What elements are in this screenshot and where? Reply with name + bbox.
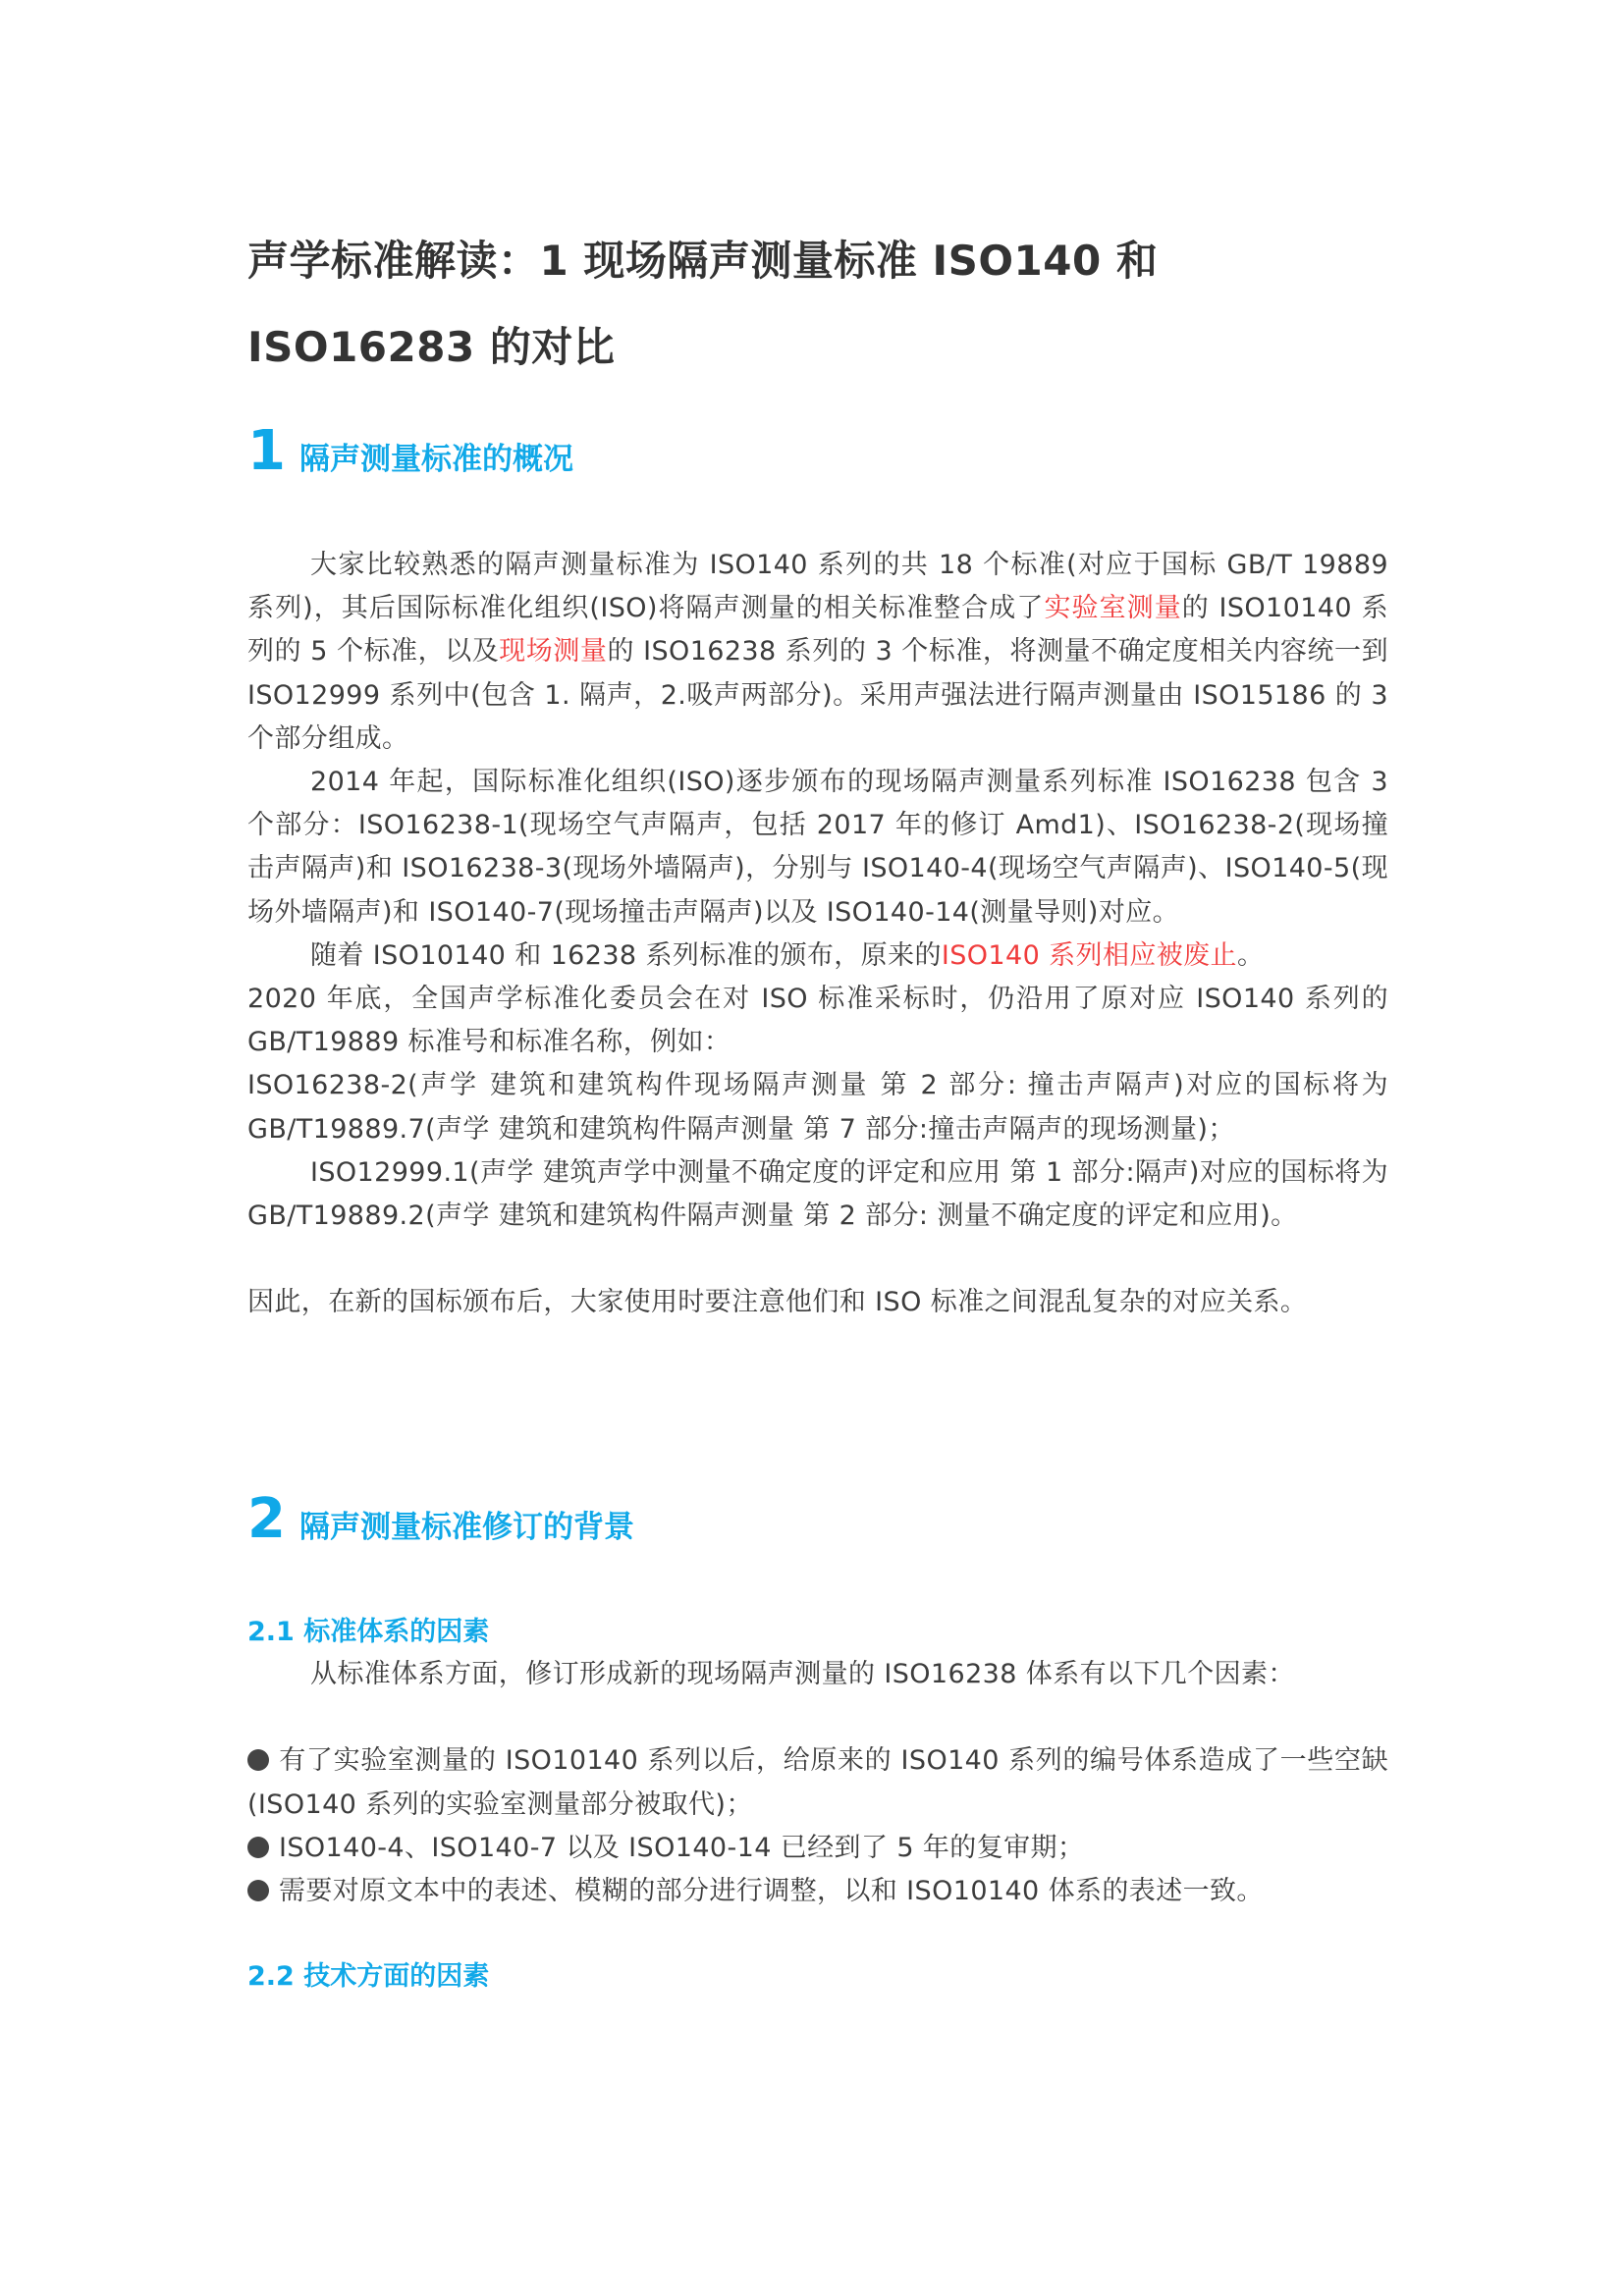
bullet-icon	[247, 1837, 269, 1858]
subsection-2-1-heading: 2.1 标准体系的因素	[247, 1613, 489, 1652]
paragraph: ISO12999.1(声学 建筑声学中测量不确定度的评定和应用 第 1 部分:隔…	[247, 1151, 1388, 1238]
title-line-2: ISO16283 的对比	[247, 323, 615, 371]
bullet-item: 需要对原文本中的表述、模糊的部分进行调整，以和 ISO10140 体系的表述一致…	[247, 1870, 1388, 1913]
section-2-heading: 2 隔声测量标准修订的背景	[247, 1490, 634, 1549]
text-run: 。	[1237, 940, 1264, 971]
bullet-icon	[247, 1880, 269, 1901]
paragraph: 大家比较熟悉的隔声测量标准为 ISO140 系列的共 18 个标准(对应于国标 …	[247, 544, 1388, 761]
blank-line	[247, 1696, 1388, 1739]
subsection-2-1-body: 从标准体系方面，修订形成新的现场隔声测量的 ISO16238 体系有以下几个因素…	[247, 1653, 1388, 1913]
highlight-lab-measurement: 实验室测量	[1044, 593, 1181, 623]
bullet-icon	[247, 1749, 269, 1771]
section-title: 隔声测量标准修订的背景	[299, 1508, 634, 1547]
section-1-body: 大家比较熟悉的隔声测量标准为 ISO140 系列的共 18 个标准(对应于国标 …	[247, 544, 1388, 1325]
section-1-heading: 1 隔声测量标准的概况	[247, 422, 573, 481]
bullet-item: ISO140-4、ISO140-7 以及 ISO140-14 已经到了 5 年的…	[247, 1827, 1388, 1870]
section-title: 隔声测量标准的概况	[299, 440, 573, 479]
title-line-1: 声学标准解读：1 现场隔声测量标准 ISO140 和	[247, 237, 1158, 285]
paragraph: 随着 ISO10140 和 16238 系列标准的颁布，原来的ISO140 系列…	[247, 934, 1388, 978]
bullet-text: ISO140-4、ISO140-7 以及 ISO140-14 已经到了 5 年的…	[279, 1833, 1084, 1863]
paragraph: 从标准体系方面，修订形成新的现场隔声测量的 ISO16238 体系有以下几个因素…	[247, 1653, 1388, 1696]
blank-line	[247, 1238, 1388, 1281]
highlight-field-measurement: 现场测量	[499, 636, 607, 667]
section-number: 1	[247, 422, 286, 481]
bullet-item: 有了实验室测量的 ISO10140 系列以后，给原来的 ISO140 系列的编号…	[247, 1739, 1388, 1826]
bullet-text: 需要对原文本中的表述、模糊的部分进行调整，以和 ISO10140 体系的表述一致…	[279, 1876, 1264, 1906]
section-number: 2	[247, 1490, 286, 1549]
document-title: 声学标准解读：1 现场隔声测量标准 ISO140 和 ISO16283 的对比	[247, 218, 1388, 391]
paragraph: 2014 年起，国际标准化组织(ISO)逐步颁布的现场隔声测量系列标准 ISO1…	[247, 761, 1388, 934]
text-run: 随着 ISO10140 和 16238 系列标准的颁布，原来的	[310, 940, 942, 971]
subsection-2-2-heading: 2.2 技术方面的因素	[247, 1957, 489, 1997]
paragraph: ISO16238-2(声学 建筑和建筑构件现场隔声测量 第 2 部分: 撞击声隔…	[247, 1064, 1388, 1150]
paragraph: 2020 年底，全国声学标准化委员会在对 ISO 标准采标时，仍沿用了原对应 I…	[247, 978, 1388, 1064]
paragraph: 因此，在新的国标颁布后，大家使用时要注意他们和 ISO 标准之间混乱复杂的对应关…	[247, 1281, 1388, 1324]
highlight-iso140-abolished: ISO140 系列相应被废止	[942, 940, 1237, 971]
bullet-text: 有了实验室测量的 ISO10140 系列以后，给原来的 ISO140 系列的编号…	[247, 1745, 1388, 1819]
